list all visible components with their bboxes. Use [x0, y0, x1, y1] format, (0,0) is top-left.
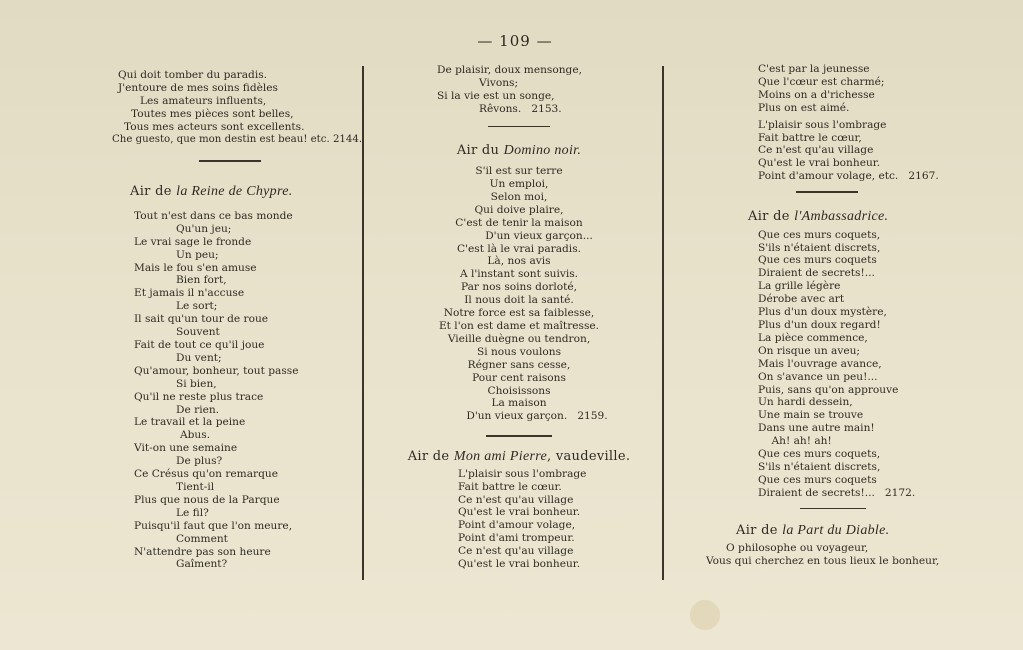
verse-line: Selon moi,: [384, 191, 654, 204]
heading-title: Domino noir.: [504, 143, 582, 158]
verse-line: Le vrai sage le fronde: [134, 236, 356, 249]
verse-line: Vieille duègne ou tendron,: [384, 333, 654, 346]
verse-line: Vivons;: [437, 77, 654, 90]
heading-suffix: , vaudeville.: [547, 449, 630, 464]
verse-line: Puis, sans qu'on approuve: [758, 384, 962, 397]
verse-line: Plus que nous de la Parque: [134, 494, 356, 507]
section-heading: Air de Mon ami Pierre, vaudeville.: [384, 449, 654, 465]
verse-line: Par nos soins dorloté,: [384, 281, 654, 294]
verse-line: Mais le fou s'en amuse: [134, 262, 356, 275]
verse-line: D'un vieux garçon...: [384, 230, 654, 243]
heading-prefix: Air de: [408, 449, 454, 464]
verse-line: Du vent;: [134, 352, 356, 365]
verse-line: Abus.: [134, 429, 356, 442]
verse-line: Qu'un jeu;: [134, 223, 356, 236]
verse-line: De rien.: [134, 404, 356, 417]
verse-line: Qu'est le vrai bonheur.: [758, 157, 962, 170]
verse-line: N'attendre pas son heure: [134, 546, 356, 559]
section-heading: Air du Domino noir.: [384, 143, 654, 159]
verse-line: Si bien,: [134, 378, 356, 391]
verse-line: Vit-on une semaine: [134, 442, 356, 455]
heading-prefix: Air du: [457, 143, 504, 158]
song-lyrics: Que ces murs coquets, S'ils n'étaient di…: [692, 229, 962, 500]
verse-line: Point d'amour volage,: [458, 519, 654, 532]
verse-line: De plus?: [134, 455, 356, 468]
verse-line: Que ces murs coquets,: [758, 448, 962, 461]
heading-prefix: Air de: [736, 523, 782, 538]
verse-line: Et jamais il n'accuse: [134, 287, 356, 300]
song-lyrics: O philosophe ou voyageur, Vous qui cherc…: [692, 542, 962, 568]
verse-line: Fait de tout ce qu'il joue: [134, 339, 356, 352]
verse-line: A l'instant sont suivis.: [384, 268, 654, 281]
verse-line: La grille légère: [758, 280, 962, 293]
heading-prefix: Air de: [130, 184, 176, 199]
heading-title: la Reine de Chypre.: [176, 184, 292, 199]
song-ending: Qui doit tomber du paradis. J'entoure de…: [104, 69, 356, 146]
verse-line: On risque un aveu;: [758, 345, 962, 358]
verse-line: C'est là le vrai paradis.: [384, 243, 654, 256]
verse-line: Fait battre le cœur,: [758, 132, 962, 145]
section-heading: Air de la Reine de Chypre.: [104, 184, 356, 200]
song-lyrics: Tout n'est dans ce bas monde Qu'un jeu; …: [104, 210, 356, 571]
verse-line: Diraient de secrets!...: [758, 267, 962, 280]
verse-line: Puisqu'il faut que l'on meure,: [134, 520, 356, 533]
verse-line: Ce Crésus qu'on remarque: [134, 468, 356, 481]
verse-line: Et l'on est dame et maîtresse.: [384, 320, 654, 333]
verse-line: Qui doit tomber du paradis.: [104, 69, 356, 82]
verse-line: Ce n'est qu'au village: [458, 494, 654, 507]
verse-line: Que ces murs coquets: [758, 474, 962, 487]
verse-line: Ce n'est qu'au village: [758, 144, 962, 157]
verse-line: Plus on est aimé.: [758, 102, 962, 115]
verse-line: Notre force est sa faiblesse,: [384, 307, 654, 320]
verse-line: Qu'est le vrai bonheur.: [458, 558, 654, 571]
heading-title: Mon ami Pierre: [454, 449, 547, 464]
verse-line: Il sait qu'un tour de roue: [134, 313, 356, 326]
verse-line: De plaisir, doux mensonge,: [437, 64, 654, 77]
verse-line: S'il est sur terre: [384, 165, 654, 178]
column-divider: [362, 66, 364, 580]
verse-line: Dérobe avec art: [758, 293, 962, 306]
verse-line: C'est de tenir la maison: [384, 217, 654, 230]
verse-line: On s'avance un peu!...: [758, 371, 962, 384]
verse-line: Il nous doit la santé.: [384, 294, 654, 307]
verse-line: La maison: [384, 397, 654, 410]
song-ending: C'est par la jeunesse Que l'cœur est cha…: [692, 63, 962, 183]
column-divider: [662, 66, 664, 580]
verse-line: Que ces murs coquets: [758, 254, 962, 267]
heading-title: l'Ambassadrice.: [794, 209, 888, 224]
verse-line: Si nous voulons: [384, 346, 654, 359]
verse-line: Plus d'un doux mystère,: [758, 306, 962, 319]
verse-line: Que ces murs coquets,: [758, 229, 962, 242]
heading-prefix: Air de: [748, 209, 794, 224]
verse-line: Fait battre le cœur.: [458, 481, 654, 494]
song-ending: De plaisir, doux mensonge, Vivons; Si la…: [384, 64, 654, 116]
verse-line: Un emploi,: [384, 178, 654, 191]
verse-line: J'entoure de mes soins fidèles: [104, 82, 356, 95]
verse-line: Rêvons. 2153.: [437, 103, 654, 116]
verse-line: Là, nos avis: [384, 255, 654, 268]
verse-line: Ah! ah! ah!: [758, 435, 962, 448]
section-heading: Air de la Part du Diable.: [692, 523, 962, 539]
verse-line: Le travail et la peine: [134, 416, 356, 429]
verse-line: Moins on a d'richesse: [758, 89, 962, 102]
verse-line: D'un vieux garçon. 2159.: [384, 410, 654, 423]
verse-line: Gaîment?: [134, 558, 356, 571]
verse-line: L'plaisir sous l'ombrage: [758, 119, 962, 132]
verse-line: Régner sans cesse,: [384, 359, 654, 372]
verse-line: Ce n'est qu'au village: [458, 545, 654, 558]
verse-line: Bien fort,: [134, 274, 356, 287]
verse-line: Diraient de secrets!... 2172.: [758, 487, 962, 500]
verse-line: Vous qui cherchez en tous lieux le bonhe…: [692, 555, 962, 568]
verse-line: Qu'il ne reste plus trace: [134, 391, 356, 404]
column-3: C'est par la jeunesse Que l'cœur est cha…: [692, 63, 962, 568]
verse-line: Point d'amour volage, etc. 2167.: [758, 170, 962, 183]
verse-line: Toutes mes pièces sont belles,: [104, 108, 356, 121]
column-2: De plaisir, doux mensonge, Vivons; Si la…: [384, 64, 654, 571]
verse-line: Si la vie est un songe,: [437, 90, 654, 103]
verse-line: Point d'ami trompeur.: [458, 532, 654, 545]
verse-line: S'ils n'étaient discrets,: [758, 461, 962, 474]
verse-line: L'plaisir sous l'ombrage: [458, 468, 654, 481]
verse-line: Souvent: [134, 326, 356, 339]
verse-line: Tout n'est dans ce bas monde: [134, 210, 356, 223]
verse-line: Le fil?: [134, 507, 356, 520]
verse-line: Que l'cœur est charmé;: [758, 76, 962, 89]
verse-line: Comment: [134, 533, 356, 546]
song-lyrics: S'il est sur terre Un emploi, Selon moi,…: [384, 165, 654, 423]
verse-line: Che guesto, que mon destin est beau! etc…: [104, 134, 356, 147]
verse-line: C'est par la jeunesse: [758, 63, 962, 76]
heading-title: la Part du Diable.: [782, 523, 889, 538]
verse-line: S'ils n'étaient discrets,: [758, 242, 962, 255]
verse-line: Qu'amour, bonheur, tout passe: [134, 365, 356, 378]
verse-line: O philosophe ou voyageur,: [692, 542, 962, 555]
verse-line: Une main se trouve: [758, 409, 962, 422]
verse-line: Mais l'ouvrage avance,: [758, 358, 962, 371]
paper-stain: [690, 600, 720, 630]
verse-line: Qui doive plaire,: [384, 204, 654, 217]
verse-line: Le sort;: [134, 300, 356, 313]
verse-line: Tient-il: [134, 481, 356, 494]
verse-line: Plus d'un doux regard!: [758, 319, 962, 332]
verse-line: Dans une autre main!: [758, 422, 962, 435]
verse-line: Un hardi dessein,: [758, 396, 962, 409]
song-lyrics: L'plaisir sous l'ombrage Fait battre le …: [384, 468, 654, 571]
page-number: — 109 —: [470, 32, 560, 50]
book-page: — 109 — Qui doit tomber du paradis. J'en…: [0, 0, 1023, 650]
verse-line: La pièce commence,: [758, 332, 962, 345]
section-heading: Air de l'Ambassadrice.: [692, 209, 962, 225]
verse-line: Qu'est le vrai bonheur.: [458, 506, 654, 519]
verse-line: Un peu;: [134, 249, 356, 262]
verse-line: Tous mes acteurs sont excellents.: [104, 121, 356, 134]
verse-line: Choisissons: [384, 385, 654, 398]
verse-line: Les amateurs influents,: [104, 95, 356, 108]
column-1: Qui doit tomber du paradis. J'entoure de…: [104, 69, 356, 571]
verse-line: Pour cent raisons: [384, 372, 654, 385]
